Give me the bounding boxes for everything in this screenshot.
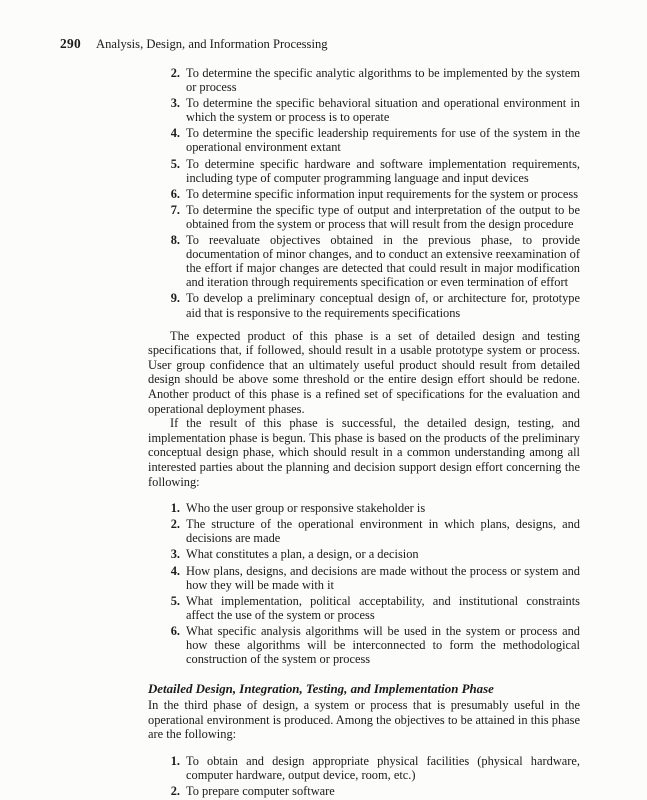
list-item-number: 6. bbox=[167, 187, 180, 201]
list-item: 4. To determine the specific leadership … bbox=[167, 126, 580, 154]
list-item: 3. To determine the specific behavioral … bbox=[167, 96, 580, 124]
list-item: 7. To determine the specific type of out… bbox=[167, 203, 580, 231]
list-item-text: How plans, designs, and decisions are ma… bbox=[186, 564, 580, 592]
running-header: 290 Analysis, Design, and Information Pr… bbox=[60, 36, 580, 52]
running-head-title: Analysis, Design, and Information Proces… bbox=[96, 37, 328, 52]
list-item: 3. What constitutes a plan, a design, or… bbox=[167, 547, 580, 561]
list-item-text: To develop a preliminary conceptual desi… bbox=[186, 291, 580, 319]
list-item-text: What implementation, political acceptabi… bbox=[186, 594, 580, 622]
list-item: 6. What specific analysis algorithms wil… bbox=[167, 624, 580, 666]
list-item: 1. Who the user group or responsive stak… bbox=[167, 501, 580, 515]
list-item: 5. What implementation, political accept… bbox=[167, 594, 580, 622]
list-item-text: To prepare computer software bbox=[186, 784, 580, 798]
list-item-text: The structure of the operational environ… bbox=[186, 517, 580, 545]
section-intro-paragraph: In the third phase of design, a system o… bbox=[148, 698, 580, 742]
understanding-list: 1. Who the user group or responsive stak… bbox=[167, 501, 580, 666]
list-item-number: 8. bbox=[167, 233, 180, 289]
list-item-text: What specific analysis algorithms will b… bbox=[186, 624, 580, 666]
list-item-text: To reevaluate objectives obtained in the… bbox=[186, 233, 580, 289]
list-item-text: To determine specific hardware and softw… bbox=[186, 157, 580, 185]
list-item: 2. The structure of the operational envi… bbox=[167, 517, 580, 545]
list-item-number: 3. bbox=[167, 547, 180, 561]
list-item-text: To determine the specific type of output… bbox=[186, 203, 580, 231]
list-item: 5. To determine specific hardware and so… bbox=[167, 157, 580, 185]
list-item: 8. To reevaluate objectives obtained in … bbox=[167, 233, 580, 289]
list-item-number: 5. bbox=[167, 157, 180, 185]
list-item-number: 2. bbox=[167, 66, 180, 94]
list-item-number: 5. bbox=[167, 594, 180, 622]
list-item: 1. To obtain and design appropriate phys… bbox=[167, 754, 580, 782]
list-item-number: 4. bbox=[167, 564, 180, 592]
list-item-text: To determine the specific leadership req… bbox=[186, 126, 580, 154]
list-item-text: Who the user group or responsive stakeho… bbox=[186, 501, 580, 515]
list-item-number: 3. bbox=[167, 96, 180, 124]
list-item-number: 6. bbox=[167, 624, 180, 666]
section-heading: Detailed Design, Integration, Testing, a… bbox=[148, 682, 580, 697]
book-page: 290 Analysis, Design, and Information Pr… bbox=[0, 0, 647, 800]
body-paragraphs: The expected product of this phase is a … bbox=[148, 329, 580, 490]
list-item: 6. To determine specific information inp… bbox=[167, 187, 580, 201]
list-item: 4. How plans, designs, and decisions are… bbox=[167, 564, 580, 592]
paragraph: If the result of this phase is successfu… bbox=[148, 416, 580, 489]
list-item-number: 1. bbox=[167, 501, 180, 515]
phase-objectives-list: 1. To obtain and design appropriate phys… bbox=[167, 754, 580, 798]
objectives-list: 2. To determine the specific analytic al… bbox=[167, 66, 580, 320]
page-number: 290 bbox=[60, 36, 81, 51]
list-item-number: 4. bbox=[167, 126, 180, 154]
list-item-number: 9. bbox=[167, 291, 180, 319]
list-item-number: 7. bbox=[167, 203, 180, 231]
list-item-text: To determine the specific behavioral sit… bbox=[186, 96, 580, 124]
list-item: 9. To develop a preliminary conceptual d… bbox=[167, 291, 580, 319]
list-item-number: 2. bbox=[167, 784, 180, 798]
list-item-text: To determine the specific analytic algor… bbox=[186, 66, 580, 94]
list-item-text: What constitutes a plan, a design, or a … bbox=[186, 547, 580, 561]
list-item-text: To determine specific information input … bbox=[186, 187, 580, 201]
list-item-text: To obtain and design appropriate physica… bbox=[186, 754, 580, 782]
page-content: 2. To determine the specific analytic al… bbox=[148, 66, 580, 798]
paragraph: The expected product of this phase is a … bbox=[148, 329, 580, 417]
list-item-number: 2. bbox=[167, 517, 180, 545]
list-item-number: 1. bbox=[167, 754, 180, 782]
list-item: 2. To prepare computer software bbox=[167, 784, 580, 798]
list-item: 2. To determine the specific analytic al… bbox=[167, 66, 580, 94]
